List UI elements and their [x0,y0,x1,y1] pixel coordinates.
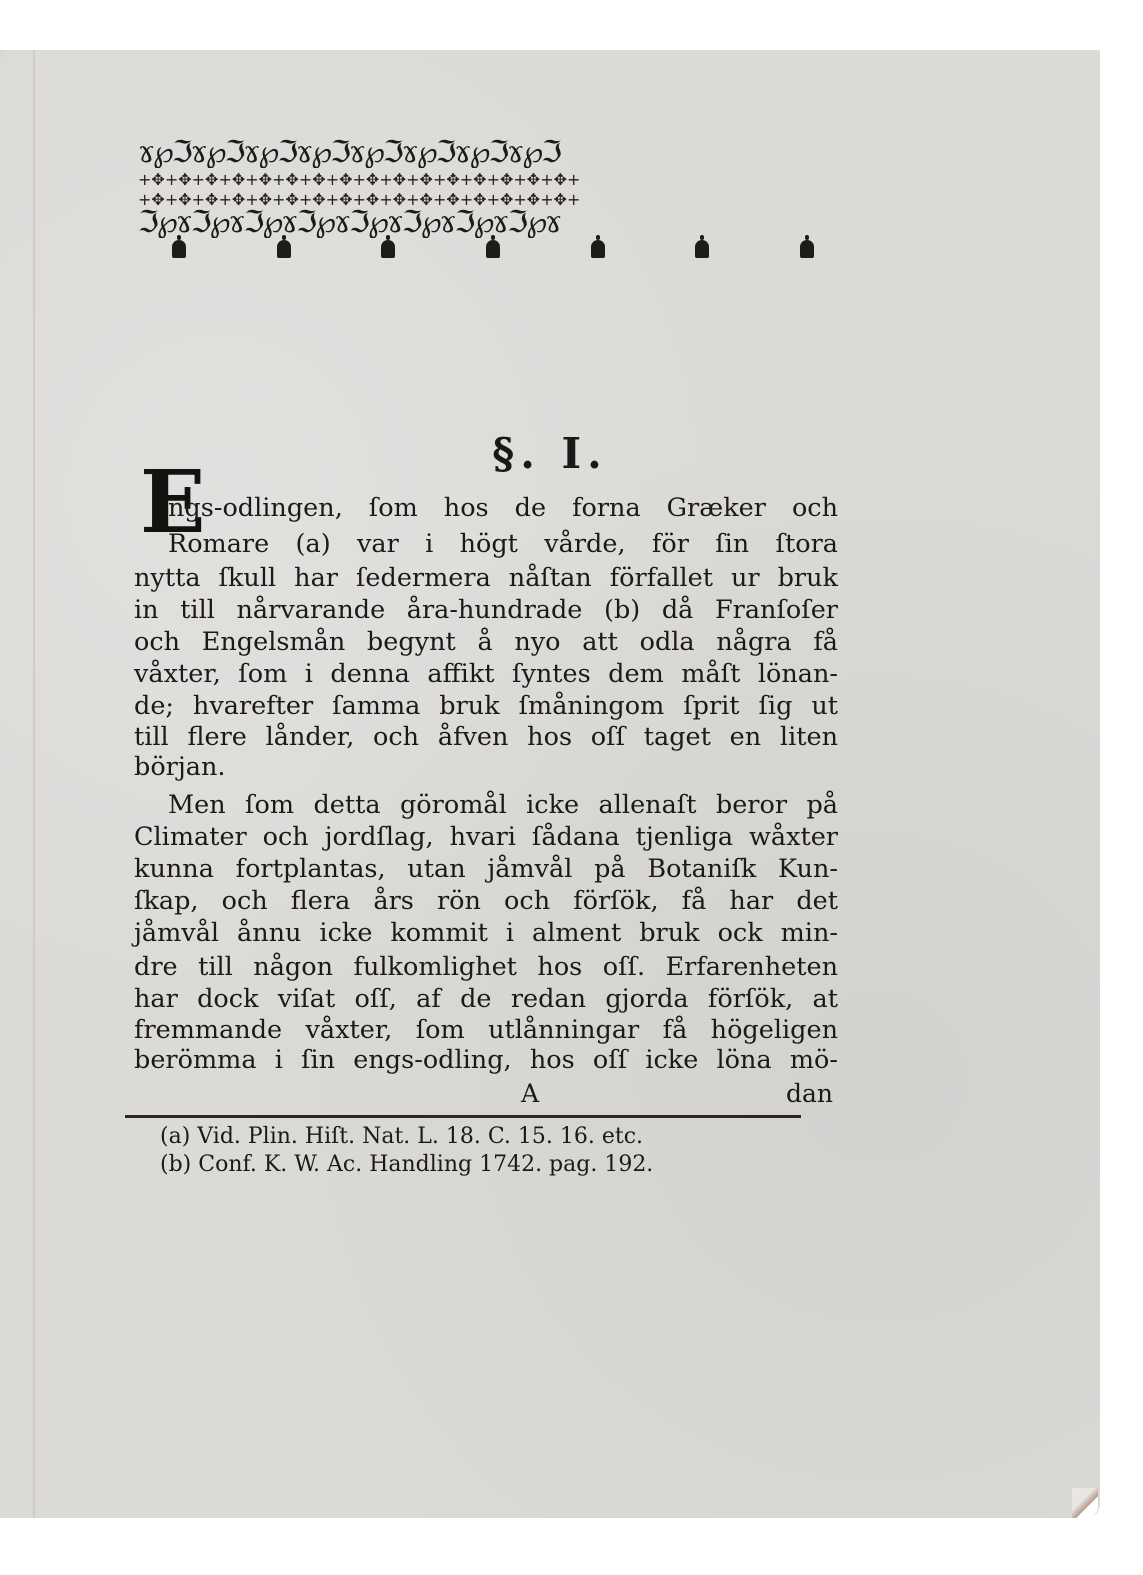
text-line: ngs-odlingen, ſom hos de forna Græker oc… [168,493,838,524]
text-line: Men ſom detta göromål icke allenaſt bero… [168,790,838,821]
text-line: början. [134,752,838,783]
text-line: fremmande våxter, ſom utlånningar få hög… [134,1015,838,1046]
text-line: ſkap, och flera års rön och förſök, få h… [134,886,838,917]
text-line: Climater och jordſlag, hvari ſådana tjen… [134,822,838,853]
cross-diamond-row-icon: +✥+✥+✥+✥+✥+✥+✥+✥+✥+✥+✥+✥+✥+✥+✥+✥+ [138,172,848,188]
text-line: till flere lånder, och åfven hos oſſ tag… [134,722,838,753]
signature-mark: A [521,1078,539,1109]
bell-icon [591,240,605,258]
bell-icon [381,240,395,258]
scrollwork-bottom-icon: ℑ℘ɤℑ℘ɤℑ℘ɤℑ℘ɤℑ℘ɤℑ℘ɤℑ℘ɤℑ℘ɤ [138,208,848,238]
cross-diamond-row-icon: +✥+✥+✥+✥+✥+✥+✥+✥+✥+✥+✥+✥+✥+✥+✥+✥+ [138,192,848,208]
text-line: kunna fortplantas, utan jåmvål på Botani… [134,854,838,885]
text-line: jåmvål ånnu icke kommit i alment bruk oc… [134,918,838,949]
ornamental-headpiece: ɤ℘ℑɤ℘ℑɤ℘ℑɤ℘ℑɤ℘ℑɤ℘ℑɤ℘ℑɤ℘ℑ +✥+✥+✥+✥+✥+✥+✥+… [138,138,848,278]
page-corner-curl [1072,1488,1098,1518]
footnote-a: (a) Vid. Plin. Hiſt. Nat. L. 18. C. 15. … [160,1124,643,1150]
text-line: in till nårvarande åra-hundrade (b) då F… [134,595,838,626]
text-line: berömma i ſin engs-odling, hos oſſ icke … [134,1045,838,1076]
footnote-rule [125,1115,801,1118]
bell-icon [800,240,814,258]
footnote-b: (b) Conf. K. W. Ac. Handling 1742. pag. … [160,1152,653,1178]
text-line: Romare (a) var i högt vårde, för ſin ſto… [168,529,838,560]
text-line: och Engelsmån begynt å nyo att odla någr… [134,627,838,658]
page-gutter [33,50,35,1518]
text-line: våxter, ſom i denna affikt ſyntes dem må… [134,659,838,690]
bell-icon [277,240,291,258]
bell-icon [695,240,709,258]
text-line: de; hvarefter ſamma bruk ſmåningom ſprit… [134,691,838,722]
bell-pendants [138,240,848,258]
bell-icon [486,240,500,258]
bell-icon [172,240,186,258]
catchword: dan [786,1078,833,1109]
scrollwork-top-icon: ɤ℘ℑɤ℘ℑɤ℘ℑɤ℘ℑɤ℘ℑɤ℘ℑɤ℘ℑɤ℘ℑ [138,138,848,168]
text-line: nytta ſkull har ſedermera nåſtan förfall… [134,563,838,594]
text-line: dre till någon fulkomlighet hos oſſ. Erf… [134,952,838,983]
text-line: har dock viſat oſſ, af de redan gjorda f… [134,984,838,1015]
